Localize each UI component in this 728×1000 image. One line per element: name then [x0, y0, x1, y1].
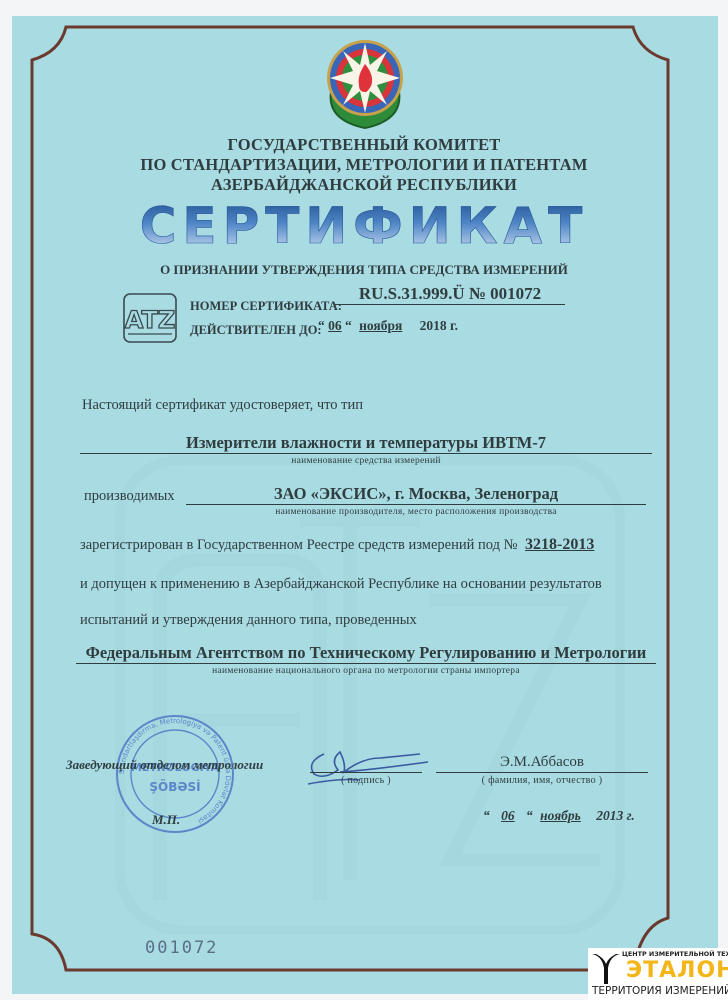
manufacturer: ЗАО «ЭКСИС», г. Москва, Зеленоград: [186, 484, 646, 505]
registry-number: 3218-2013: [525, 536, 594, 553]
manufacturer-caption: наименование производителя, место распол…: [186, 507, 646, 517]
tests-text: испытаний и утверждения данного типа, пр…: [80, 612, 417, 629]
signatory-name: Э.М.Аббасов: [436, 753, 648, 773]
issue-date: “ 06 “ ноябрь 2013 г.: [483, 808, 635, 824]
atz-logo-icon: ATZ: [122, 292, 178, 344]
instrument-caption: наименование средства измерений: [80, 456, 652, 466]
signature-line: [310, 772, 422, 773]
certificate-subtitle: О ПРИЗНАНИИ УТВЕРЖДЕНИЯ ТИПА СРЕДСТВА ИЗ…: [0, 262, 728, 278]
registry-text: зарегистрирован в Государственном Реестр…: [80, 536, 594, 554]
issuing-committee: ГОСУДАРСТВЕННЫЙ КОМИТЕТ ПО СТАНДАРТИЗАЦИ…: [0, 135, 728, 195]
etalon-brand-logo: ЦЕНТР ИЗМЕРИТЕЛЬНОЙ ТЕХНИКИ ЭТАЛОН ТЕРРИ…: [588, 948, 728, 1000]
azerbaijan-emblem-icon: [317, 30, 413, 130]
instrument-name: Измерители влажности и температуры ИВТМ-…: [80, 433, 652, 454]
valid-day: 06: [328, 318, 342, 333]
valid-until-label: ДЕЙСТВИТЕЛЕН ДО:: [190, 323, 322, 338]
svg-text:ATZ: ATZ: [125, 306, 175, 334]
serial-number: 001072: [145, 938, 218, 958]
signatory-position: Заведующий отделом метрологии: [66, 757, 263, 773]
authority: Федеральным Агентством по Техническому Р…: [76, 643, 656, 664]
issue-day: 06: [493, 808, 523, 823]
signatory-name-caption: ( фамилия, имя, отчество ): [436, 775, 648, 786]
authority-caption: наименование национального органа по мет…: [76, 666, 656, 676]
issue-year: 2013 г.: [596, 808, 635, 823]
svg-text:ŞÖBƏSİ: ŞÖBƏSİ: [149, 779, 200, 794]
seal-place-label: М.П.: [152, 812, 180, 828]
cert-number: RU.S.31.999.Ü № 001072: [335, 284, 565, 305]
cert-number-label: НОМЕР СЕРТИФИКАТА:: [190, 299, 342, 314]
signature-caption: ( подпись ): [310, 775, 422, 786]
manufacturer-label: производимых: [84, 488, 175, 505]
tuning-fork-icon: [590, 952, 622, 984]
admitted-text: и допущен к применению в Азербайджанской…: [80, 576, 602, 593]
intro-text: Настоящий сертификат удостоверяет, что т…: [82, 397, 363, 414]
certificate-title: СЕРТИФИКАТ: [0, 196, 728, 256]
valid-until-date: “ 06 “ ноября 2018 г.: [318, 318, 458, 334]
issue-month: ноябрь: [536, 808, 593, 823]
valid-month: ноября: [355, 318, 416, 333]
valid-year: 2018 г.: [420, 318, 458, 333]
